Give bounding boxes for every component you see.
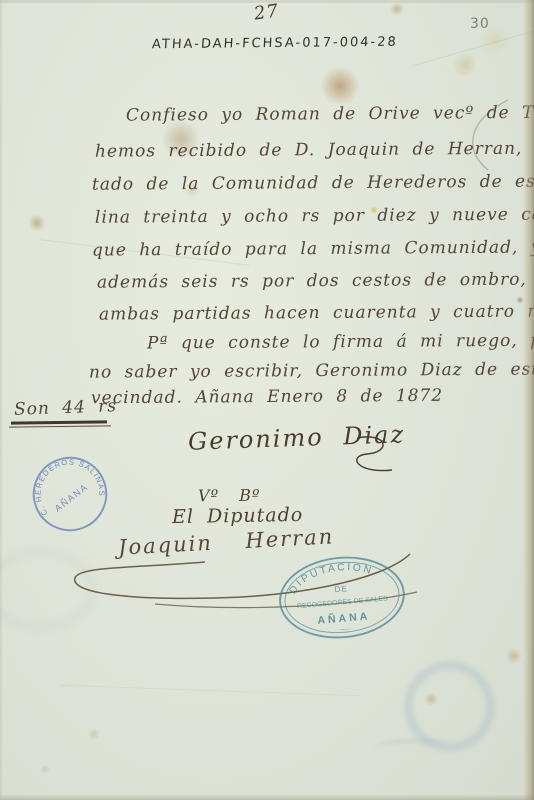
oval-stamp-subtitle-text: RECOGEDORES DE SALES (297, 595, 389, 610)
manuscript-line: lina treinta y ocho rs por diez y nueve … (95, 204, 534, 227)
document-page: { "page": { "folio_number": "27", "corne… (0, 0, 534, 800)
foxing-stain (88, 728, 100, 740)
archive-reference: ATHA-DAH-FCHSA-017-004-28 (152, 35, 399, 53)
folio-number: 27 (253, 0, 281, 24)
deputy-title: El Diputado (172, 504, 304, 528)
manuscript-line: además seis rs por dos cestos de ombro, … (97, 269, 534, 292)
foxing-stain (506, 648, 522, 664)
manuscript-line: Confieso yo Roman de Orive vecº de Tobil… (126, 102, 534, 125)
paper-edge-top (0, 0, 534, 3)
manuscript-line: vecindad. Añana Enero 8 de 1872 (91, 386, 443, 408)
corner-number: 30 (470, 16, 490, 32)
paper-edge-left (0, 0, 2, 800)
foxing-stain (40, 764, 50, 774)
foxing-stain (390, 2, 404, 16)
oval-stamp-anana-text: AÑANA (317, 609, 371, 627)
amount-underline (11, 420, 107, 424)
stamp-bleedthrough-ghost (405, 662, 494, 751)
signature-flourish (345, 432, 405, 480)
oval-stamp-ornament: ·—· (339, 626, 351, 634)
ink-bleedthrough-ghost (372, 739, 452, 756)
oval-stamp-diputacion-anana: DIPUTACION DE RECOGEDORES DE SALES AÑANA… (270, 546, 414, 650)
oval-stamp-title-text: DIPUTACION (286, 559, 377, 597)
foxing-stain (320, 66, 360, 106)
manuscript-line: no saber yo escribir, Geronimo Diaz de e… (89, 359, 534, 382)
manuscript-line: que ha traído para la misma Comunidad, y (92, 237, 534, 260)
svg-text:DIPUTACION: DIPUTACION (286, 559, 377, 597)
foxing-stain (452, 52, 478, 78)
paper-crease (60, 685, 360, 696)
oval-stamp-de-text: DE (334, 584, 348, 594)
round-stamp-center-text: AÑANA (53, 482, 90, 514)
amount-note: Son 44 rs (14, 396, 118, 420)
manuscript-line: tado de la Comunidad de Herederos de est… (92, 171, 534, 194)
manuscript-line: Pª que conste lo firma á mi ruego, por (147, 331, 534, 354)
approval-mark: Vº Bº (198, 486, 261, 505)
round-stamp-heredereos-salinas: C. HEREDEROS SALINAS AÑANA (14, 438, 127, 551)
foxing-stain (28, 214, 46, 232)
paper-edge-bottom (0, 794, 534, 800)
paper-edge-right (523, 0, 534, 800)
amount-underline (9, 425, 111, 427)
manuscript-line: hemos recibido de D. Joaquin de Herran, … (95, 138, 534, 161)
manuscript-line: ambas partidas hacen cuarenta y cuatro r… (99, 301, 534, 324)
